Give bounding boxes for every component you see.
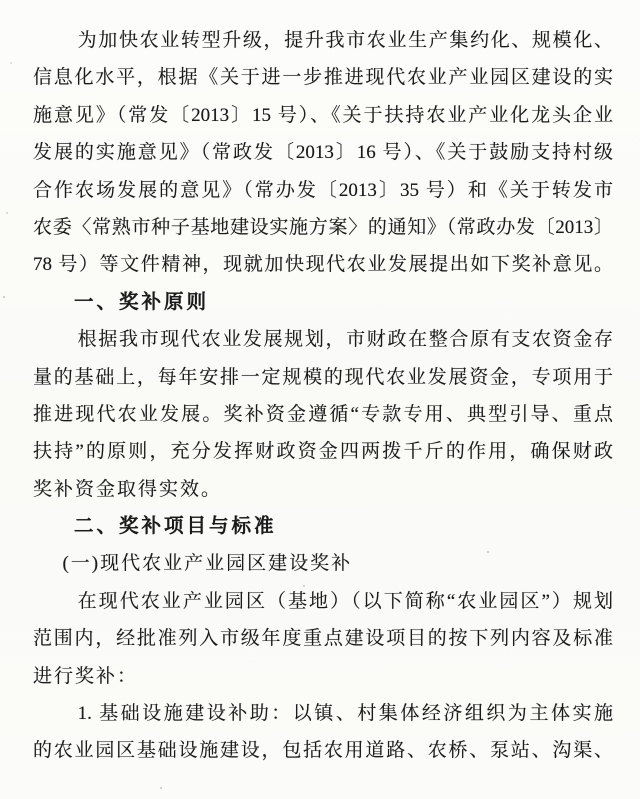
text-line: 农委〈常熟市种子基地建设实施方案〉的通知》（常政办发〔2013〕 [33,209,613,246]
text-line: 1. 基础设施建设补助：以镇、村集体经济组织为主体实施 [33,695,613,732]
subsection-heading: (一)现代农业产业园区建设奖补 [33,545,613,582]
text-line: 信息化水平，根据《关于进一步推进现代农业产业园区建设的实 [33,59,613,96]
text-line: 扶持”的原则，充分发挥财政资金四两拨千斤的作用，确保财政 [33,433,613,470]
section-heading-2: 二、奖补项目与标准 [33,508,613,545]
text-line: 量的基础上，每年安排一定规模的现代农业发展资金，专项用于 [33,359,613,396]
scan-noise [0,0,2,2]
text-line: 施意见》（常发〔2013〕15 号）、《关于扶持农业产业化龙头企业 [33,97,613,134]
text-line: 78 号）等文件精神，现就加快现代农业发展提出如下奖补意见。 [33,246,613,283]
text-line: 发展的实施意见》（常政发〔2013〕16 号）、《关于鼓励支持村级 [33,134,613,171]
text-line: 为加快农业转型升级，提升我市农业生产集约化、规模化、 [33,22,613,59]
text-line: 根据我市现代农业发展规划，市财政在整合原有支农资金存 [33,321,613,358]
text-line: 奖补资金取得实效。 [33,471,613,508]
text-line: 进行奖补： [33,658,613,695]
scanned-document-page: 为加快农业转型升级，提升我市农业生产集约化、规模化、 信息化水平，根据《关于进一… [0,0,640,799]
text-line: 在现代农业产业园区（基地）（以下简称“农业园区”）规划 [33,583,613,620]
text-line: 范围内，经批准列入市级年度重点建设项目的按下列内容及标准 [33,620,613,657]
text-line: 推进现代农业发展。奖补资金遵循“专款专用、典型引导、重点 [33,396,613,433]
document-body: 为加快农业转型升级，提升我市农业生产集约化、规模化、 信息化水平，根据《关于进一… [33,22,613,770]
section-heading-1: 一、奖补原则 [33,284,613,321]
text-line: 合作农场发展的意见》（常办发〔2013〕35 号）和《关于转发市 [33,172,613,209]
text-line: 的农业园区基础设施建设，包括农用道路、农桥、泵站、沟渠、 [33,732,613,769]
